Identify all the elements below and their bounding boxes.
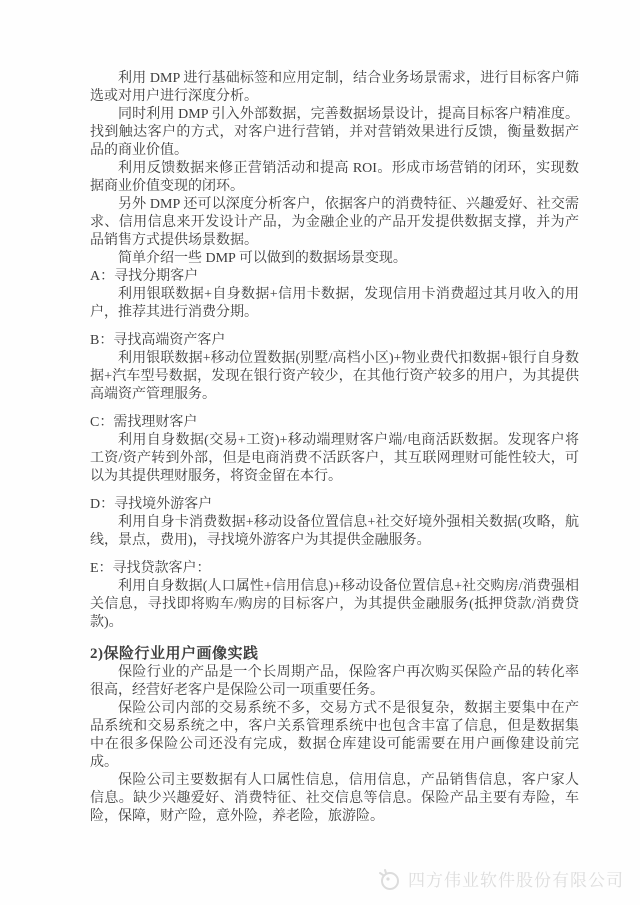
paragraph-label: B：寻找高端资产客户 [90, 332, 579, 350]
paragraph-label: A：寻找分期客户 [90, 268, 579, 286]
footer-watermark: 四方伟业软件股份有限公司 [377, 866, 624, 891]
paragraph-body: 利用自身数据(人口属性+信用信息)+移动设备位置信息+社交购房/消费强相关信息，… [90, 578, 579, 632]
document-page: 利用 DMP 进行基础标签和应用定制，结合业务场景需求，进行目标客户筛选或对用户… [0, 0, 640, 905]
paragraph-body: 同时利用 DMP 引入外部数据，完善数据场景设计，提高目标客户精准度。找到触达客… [90, 106, 579, 160]
paragraph-body: 利用 DMP 进行基础标签和应用定制，结合业务场景需求，进行目标客户筛选或对用户… [90, 70, 579, 106]
paragraph-label: C：需找理财客户 [90, 414, 579, 432]
paragraph-body: 利用银联数据+移动位置数据(别墅/高档小区)+物业费代扣数据+银行自身数据+汽车… [90, 350, 579, 404]
paragraph-body: 保险行业的产品是一个长周期产品，保险客户再次购买保险产品的转化率很高，经营好老客… [90, 664, 579, 700]
paragraph-spacer [90, 404, 579, 414]
paragraph-heading: 2)保险行业用户画像实践 [90, 645, 579, 663]
paragraph-spacer [90, 486, 579, 496]
paragraph-body: 保险公司内部的交易系统不多，交易方式不是很复杂，数据主要集中在产品系统和交易系统… [90, 700, 579, 772]
paragraph-body: 另外 DMP 还可以深度分析客户，依据客户的消费特征、兴趣爱好、社交需求、信用信… [90, 196, 579, 250]
paragraph-spacer [90, 632, 579, 642]
paragraph-label: D：寻找境外游客户 [90, 496, 579, 514]
paragraph-spacer [90, 322, 579, 332]
company-logo-icon [377, 867, 401, 891]
paragraph-spacer [90, 550, 579, 560]
paragraph-body: 保险公司主要数据有人口属性信息，信用信息，产品销售信息，客户家人信息。缺少兴趣爱… [90, 772, 579, 826]
paragraph-label: E：寻找贷款客户： [90, 560, 579, 578]
paragraph-body: 利用自身卡消费数据+移动设备位置信息+社交好境外强相关数据(攻略，航线，景点，费… [90, 514, 579, 550]
document-body: 利用 DMP 进行基础标签和应用定制，结合业务场景需求，进行目标客户筛选或对用户… [90, 70, 579, 826]
paragraph-body: 简单介绍一些 DMP 可以做到的数据场景变现。 [90, 250, 579, 268]
paragraph-body: 利用银联数据+自身数据+信用卡数据，发现信用卡消费超过其月收入的用户，推荐其进行… [90, 286, 579, 322]
paragraph-body: 利用自身数据(交易+工资)+移动端理财客户端/电商活跃数据。发现客户将工资/资产… [90, 432, 579, 486]
company-name: 四方伟业软件股份有限公司 [408, 866, 624, 891]
paragraph-body: 利用反馈数据来修正营销活动和提高 ROI。形成市场营销的闭环，实现数据商业价值变… [90, 160, 579, 196]
